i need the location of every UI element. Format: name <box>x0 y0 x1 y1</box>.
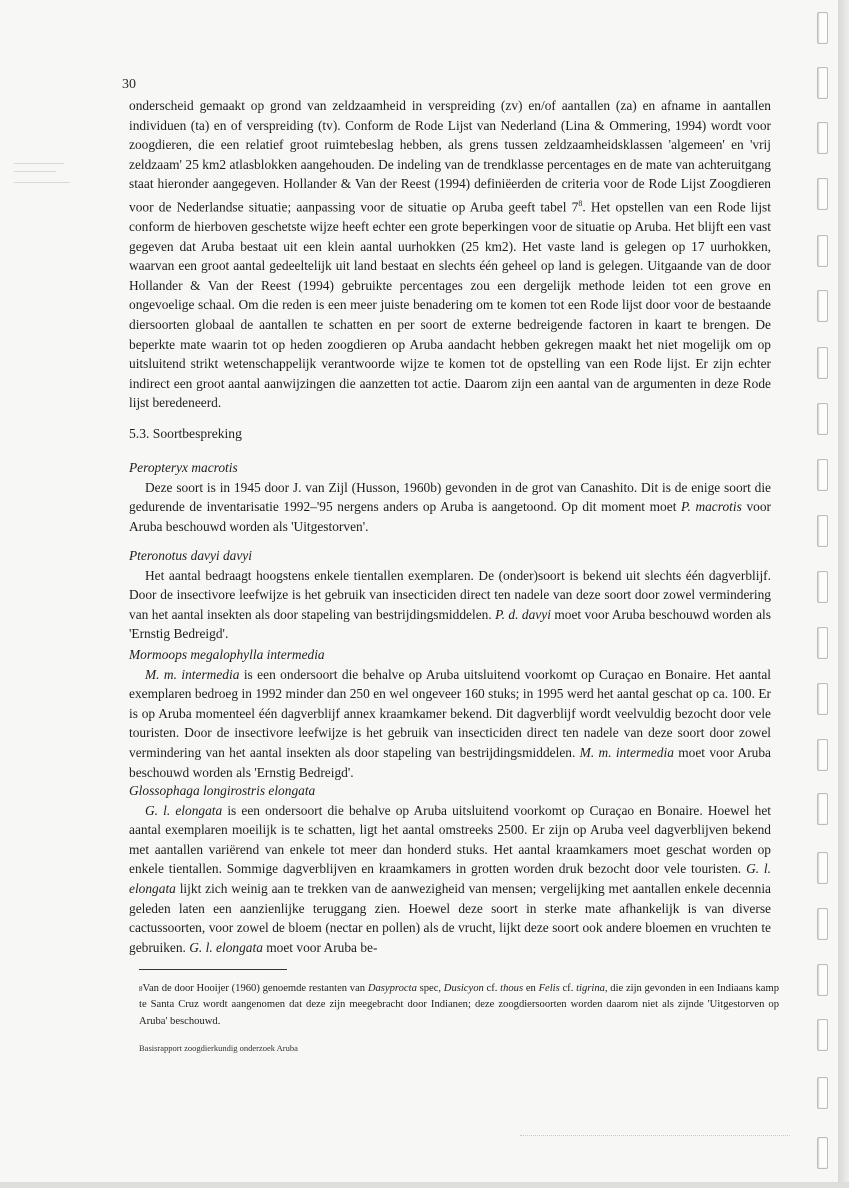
binding-hole <box>817 793 828 825</box>
document-page: 30 onderscheid gemaakt op grond van zeld… <box>0 0 838 1182</box>
binding-hole <box>817 290 828 322</box>
species-name: Mormoops megalophylla intermedia <box>129 645 771 665</box>
bleed-through-mark <box>14 171 56 172</box>
species-name: Peropteryx macrotis <box>129 458 771 478</box>
binding-hole <box>817 67 828 99</box>
binding-hole <box>817 964 828 996</box>
binding-hole <box>817 627 828 659</box>
species-description: Het aantal bedraagt hoogstens enkele tie… <box>129 566 771 644</box>
bleed-through-mark <box>14 182 70 183</box>
page-number: 30 <box>122 77 136 93</box>
binding-hole <box>817 1077 828 1109</box>
bleed-through-mark <box>14 163 64 164</box>
species-entry-peropteryx: Peropteryx macrotis Deze soort is in 194… <box>129 458 771 536</box>
section: 5.3. Soortbespreking <box>129 424 771 444</box>
species-entry-glossophaga: Glossophaga longirostris elongata G. l. … <box>129 781 771 957</box>
binding-hole <box>817 12 828 44</box>
scan-noise <box>520 1135 790 1137</box>
species-description: G. l. elongata is een ondersoort die beh… <box>129 801 771 958</box>
binding-hole <box>817 739 828 771</box>
binding-hole <box>817 683 828 715</box>
binding-hole <box>817 178 828 210</box>
report-footer: Basisrapport zoogdierkundig onderzoek Ar… <box>139 1043 298 1053</box>
binding-hole <box>817 459 828 491</box>
footnote: 8Van de door Hooijer (1960) genoemde res… <box>139 981 779 1030</box>
binding-hole <box>817 515 828 547</box>
species-name: Glossophaga longirostris elongata <box>129 781 771 801</box>
page-edge <box>838 0 849 1188</box>
species-description: Deze soort is in 1945 door J. van Zijl (… <box>129 478 771 537</box>
section-heading: 5.3. Soortbespreking <box>129 424 771 444</box>
binding-hole <box>817 852 828 884</box>
species-description: M. m. intermedia is een ondersoort die b… <box>129 665 771 783</box>
body-text: onderscheid gemaakt op grond van zeldzaa… <box>129 96 771 413</box>
species-entry-pteronotus: Pteronotus davyi davyi Het aantal bedraa… <box>129 546 771 644</box>
binding-hole <box>817 1019 828 1051</box>
species-entry-mormoops: Mormoops megalophylla intermedia M. m. i… <box>129 645 771 782</box>
binding-hole <box>817 908 828 940</box>
footnote-divider <box>139 969 287 970</box>
binding-hole <box>817 403 828 435</box>
binding-hole <box>817 122 828 154</box>
binding-hole <box>817 571 828 603</box>
binding-hole <box>817 347 828 379</box>
binding-hole <box>817 1137 828 1169</box>
intro-paragraph: onderscheid gemaakt op grond van zeldzaa… <box>129 96 771 413</box>
page-bottom-edge <box>0 1182 849 1188</box>
species-name: Pteronotus davyi davyi <box>129 546 771 566</box>
binding-hole <box>817 235 828 267</box>
